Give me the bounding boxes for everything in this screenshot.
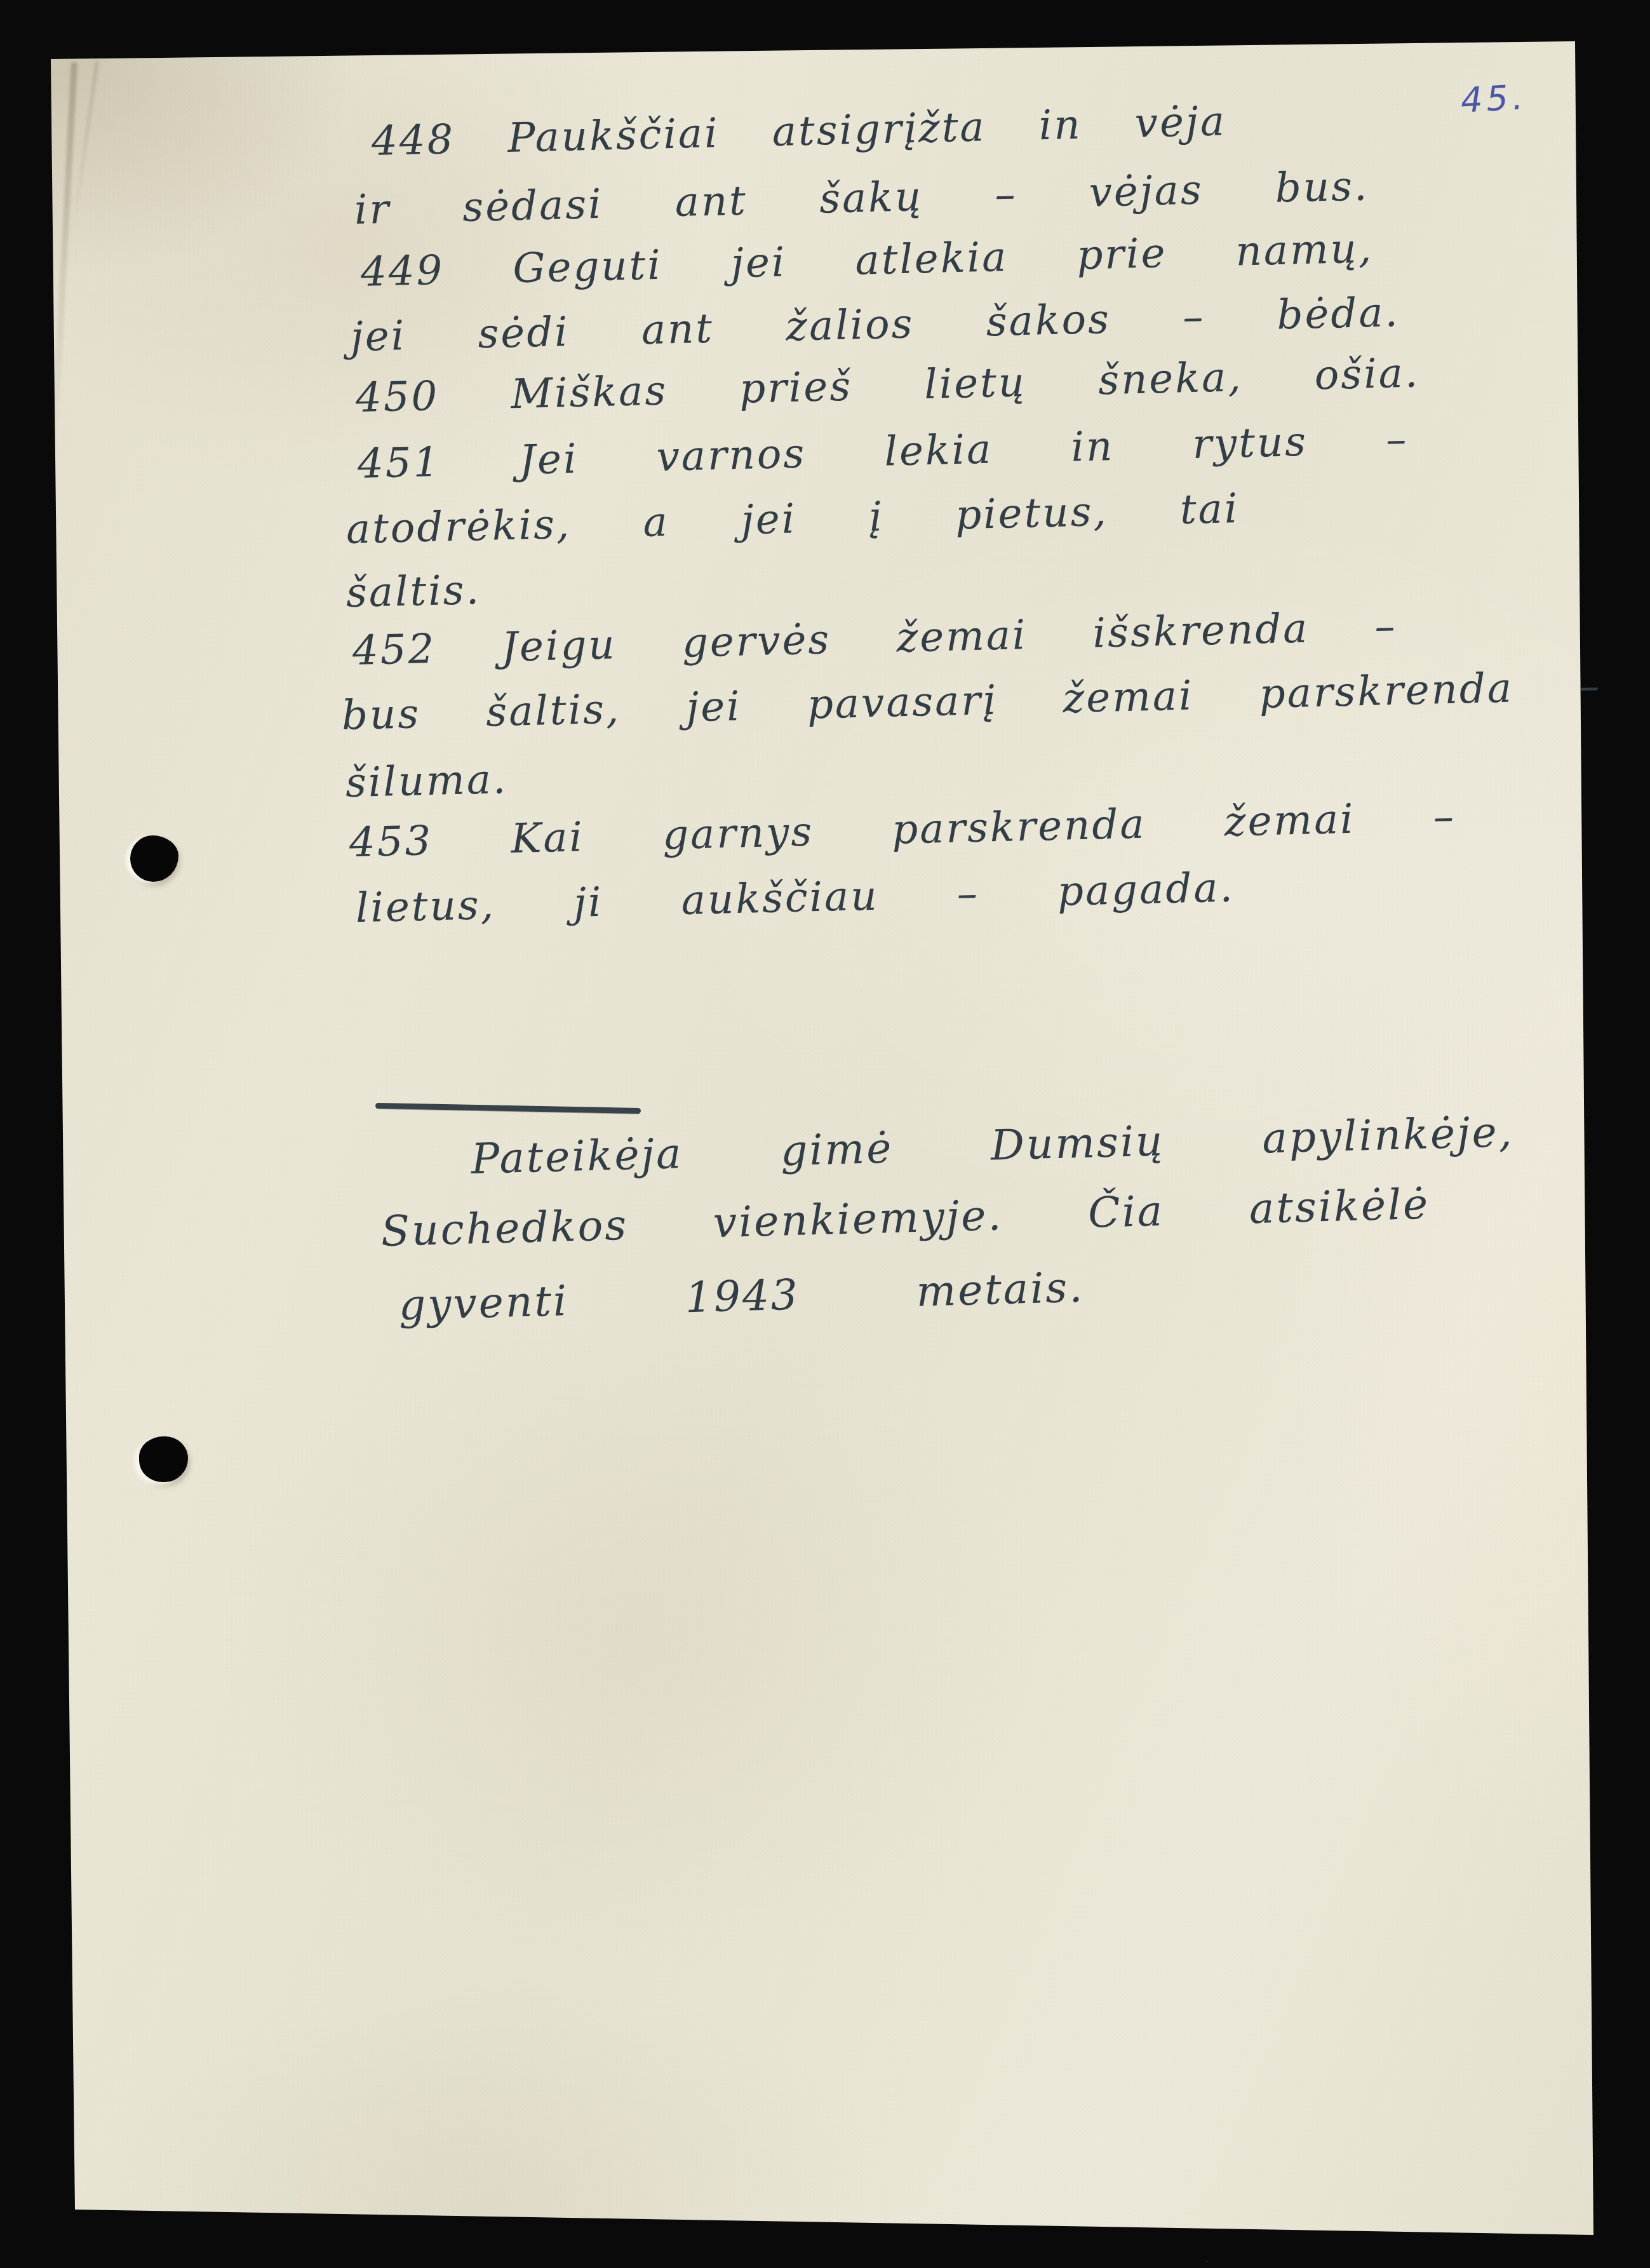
scanned-document: 45. 448 Paukščiai atsigrįžta in vėja ir … bbox=[0, 0, 1650, 2268]
handwritten-line-452-3: šiluma. bbox=[345, 756, 508, 807]
punch-hole-bottom bbox=[139, 1436, 188, 1482]
paper-crease bbox=[50, 62, 77, 469]
page-number: 45. bbox=[1459, 77, 1527, 120]
handwritten-line-451-3: šaltis. bbox=[345, 567, 481, 617]
